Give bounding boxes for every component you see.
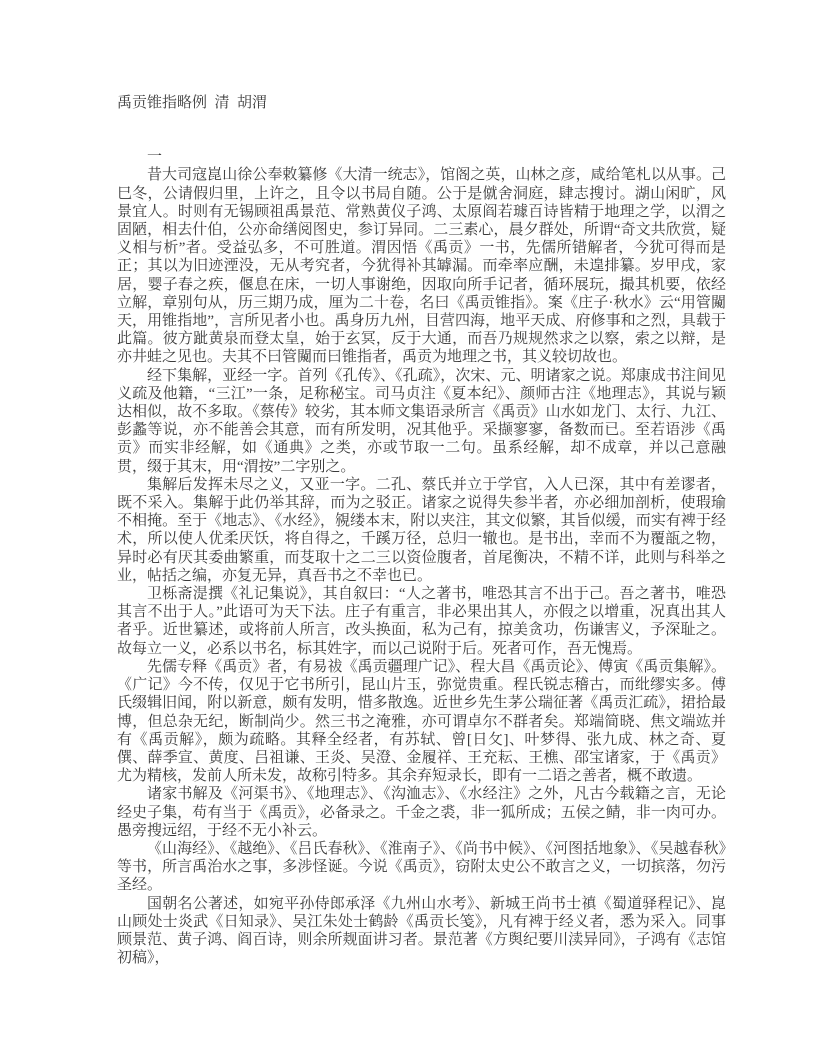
- paragraph: 集解后发挥未尽之义，又亚一字。二孔、蔡氏并立于学官，入人已深，其中有差谬者，既不…: [117, 476, 726, 585]
- body-paragraphs: 昔大司寇崑山徐公奉敕纂修《大清一统志》，馆阁之英，山林之彦，咸给笔札以从事。己巳…: [117, 166, 726, 967]
- document-page: 禹贡锥指略例 清 胡渭 一 昔大司寇崑山徐公奉敕纂修《大清一统志》，馆阁之英，山…: [0, 0, 816, 1056]
- paragraph: 国朝名公著述，如宛平孙侍郎承泽《九州山水考》、新城王尚书士禛《蜀道驿程记》、崑山…: [117, 895, 726, 968]
- section-number: 一: [117, 148, 726, 166]
- text-column: 禹贡锥指略例 清 胡渭 一 昔大司寇崑山徐公奉敕纂修《大清一统志》，馆阁之英，山…: [117, 94, 726, 967]
- paragraph: 经下集解，亚经一字。首列《孔传》、《孔疏》，次宋、元、明诸家之说。郑康成书注间见…: [117, 367, 726, 476]
- paragraph: 《山海经》、《越绝》、《吕氏春秋》、《淮南子》、《尚书中候》、《河图括地象》、《…: [117, 840, 726, 895]
- paragraph: 卫栎斋湜撰《礼记集说》，其自叙曰：“人之著书，唯恐其言不出于己。吾之著书，唯恐其…: [117, 585, 726, 658]
- paragraph: 诸家书解及《河渠书》、《地理志》、《沟洫志》、《水经注》之外，凡古今载籍之言，无…: [117, 785, 726, 840]
- document-title: 禹贡锥指略例 清 胡渭: [117, 94, 726, 112]
- paragraph: 先儒专释《禹贡》者，有易祓《禹贡疆理广记》、程大昌《禹贡论》、傅寅《禹贡集解》。…: [117, 658, 726, 785]
- paragraph: 昔大司寇崑山徐公奉敕纂修《大清一统志》，馆阁之英，山林之彦，咸给笔札以从事。己巳…: [117, 166, 726, 366]
